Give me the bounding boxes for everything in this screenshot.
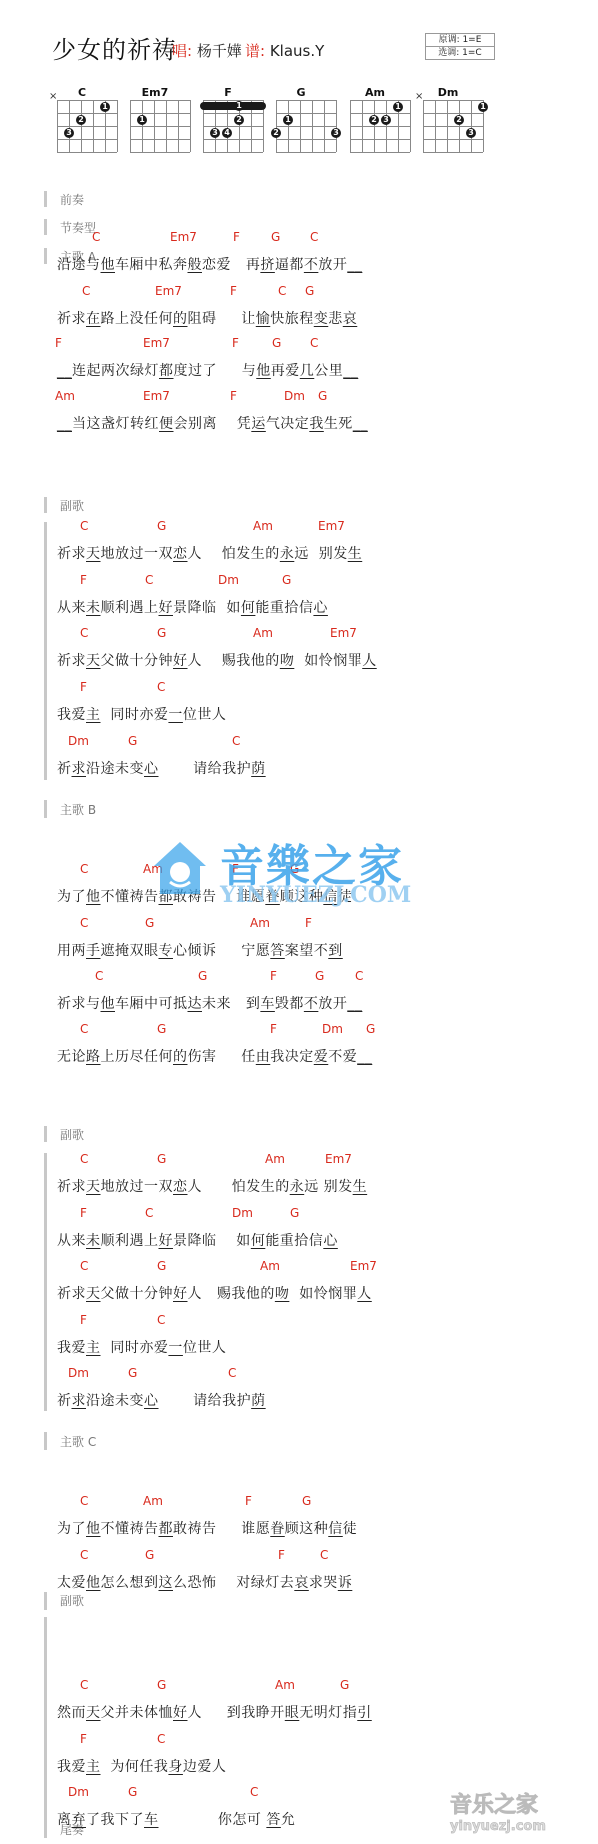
chord-label: F: [80, 1732, 87, 1746]
finger-dot: 3: [381, 115, 391, 125]
house-logo-icon: [150, 838, 210, 898]
chord-label: G: [302, 1494, 311, 1508]
chord-label: G: [157, 626, 166, 640]
chord-label: F: [230, 284, 237, 298]
lyric-line: 太爱他怎么想到这么恐怖 对绿灯去哀求哭诉: [57, 1572, 352, 1592]
chord-label: G: [290, 1206, 299, 1220]
chord-name: F: [193, 86, 263, 99]
chord-label: Dm: [284, 389, 305, 403]
watermark: 音樂之家 YINYUEZJ.COM: [150, 830, 410, 920]
chord-label: Dm: [218, 573, 239, 587]
lyric-line: 为了他不懂祷告都敢祷告 谁愿眷顾这种信徒: [57, 1518, 357, 1538]
finger-dot: 3: [331, 128, 341, 138]
section-bar: [44, 219, 47, 235]
chord-name: Em7: [120, 86, 190, 99]
finger-dot: 1: [393, 102, 403, 112]
chord-label: Dm: [232, 1206, 253, 1220]
singer-name: 杨千嬅: [197, 42, 242, 60]
chord-label: G: [128, 1785, 137, 1799]
watermark-url: YINYUEZJ.COM: [220, 882, 411, 908]
chord-label: G: [305, 284, 314, 298]
chord-label: C: [95, 969, 103, 983]
chord-label: G: [318, 389, 327, 403]
chord-label: Em7: [170, 230, 197, 244]
chord-label: G: [128, 734, 137, 748]
section-body-bar: [44, 1153, 47, 1411]
chord-label: G: [128, 1366, 137, 1380]
chord-name: Am: [340, 86, 410, 99]
chord-label: G: [340, 1678, 349, 1692]
section-bar: [44, 1432, 47, 1450]
key-info-box: 原调: 1=E 选调: 1=C: [425, 33, 495, 60]
chord-label: G: [157, 1022, 166, 1036]
finger-dot: 2: [76, 115, 86, 125]
chord-label: C: [250, 1785, 258, 1799]
chord-label: Am: [253, 519, 273, 533]
chord-label: Dm: [68, 734, 89, 748]
lyric-line: 用两手遮掩双眼专心倾诉 宁愿答案望不到: [57, 940, 343, 960]
lyric-line: 祈求天父做十分钟好人 赐我他的吻 如怜悯罪人: [57, 650, 377, 670]
fretboard-grid: 1: [130, 100, 190, 152]
lyric-line: __连起两次绿灯都度过了 与他再爱几公里__: [57, 360, 358, 380]
section-label-verse-b: 主歌 B: [60, 801, 96, 818]
chord-label: Am: [265, 1152, 285, 1166]
singer-info: 唱: 杨千嬅: [172, 40, 242, 61]
chord-label: C: [157, 1313, 165, 1327]
finger-dot: 2: [369, 115, 379, 125]
section-bar: [44, 497, 47, 513]
finger-dot: 3: [210, 128, 220, 138]
finger-dot: 2: [454, 115, 464, 125]
chord-name: G: [266, 86, 336, 99]
lyric-line: 祈求在路上没任何的阻碍 让愉快旅程变悲哀: [57, 308, 357, 328]
chord-label: G: [282, 573, 291, 587]
fretboard-grid: 123: [276, 100, 336, 152]
lyric-line: 祈求天地放过一双恋人 怕发生的永远 别发生: [57, 1176, 367, 1196]
finger-dot: 2: [234, 115, 244, 125]
lyric-line: 祈求天父做十分钟好人 赐我他的吻 如怜悯罪人: [57, 1283, 372, 1303]
chord-label: C: [320, 1548, 328, 1562]
chord-label: Am: [253, 626, 273, 640]
chord-diagrams: C×123Em71F1234G123Am123Dm×123: [0, 86, 598, 176]
chord-label: Em7: [350, 1259, 377, 1273]
chord-label: C: [92, 230, 100, 244]
fretboard-grid: 1234: [203, 100, 263, 152]
chord-label: Em7: [330, 626, 357, 640]
chord-label: C: [310, 336, 318, 350]
chord-label: Em7: [155, 284, 182, 298]
fretboard-grid: ×123: [423, 100, 483, 152]
finger-dot: 2: [271, 128, 281, 138]
chord-label: Em7: [318, 519, 345, 533]
section-label-chorus-1: 副歌: [60, 497, 84, 514]
chord-label: Am: [260, 1259, 280, 1273]
lyric-line: 我爱主 为何任我身边爱人: [57, 1756, 226, 1776]
fretboard-grid: ×123: [57, 100, 117, 152]
section-label-chorus-3: 副歌: [60, 1592, 84, 1609]
chord-label: Am: [143, 1494, 163, 1508]
section-bar: [44, 191, 47, 207]
section-body-bar: [44, 1617, 47, 1833]
chord-label: C: [80, 1494, 88, 1508]
chord-label: C: [80, 519, 88, 533]
mute-string-icon: ×: [415, 92, 423, 102]
finger-dot: 3: [466, 128, 476, 138]
chord-label: C: [355, 969, 363, 983]
chord-label: C: [157, 680, 165, 694]
fretboard-grid: 123: [350, 100, 410, 152]
song-title: 少女的祈祷: [52, 30, 177, 65]
chord-label: G: [157, 1259, 166, 1273]
mute-string-icon: ×: [49, 92, 57, 102]
chord-label: F: [270, 969, 277, 983]
chord-label: G: [157, 519, 166, 533]
singer-label: 唱:: [172, 42, 192, 60]
barre-icon: [200, 102, 266, 110]
lyric-line: 从来未顺利遇上好景降临 如何能重拾信心: [57, 1230, 338, 1250]
footer-watermark-text: 音乐之家: [450, 1788, 590, 1819]
chord-name: C: [47, 86, 117, 99]
chord-label: Em7: [325, 1152, 352, 1166]
lyric-line: 离弃了我下了车 你怎可 答允: [57, 1809, 295, 1829]
lyric-line: 然而天父并未体恤好人 到我睁开眼无明灯指引: [57, 1702, 372, 1722]
chord-label: G: [198, 969, 207, 983]
chord-label: C: [82, 284, 90, 298]
chord-label: C: [80, 1152, 88, 1166]
chord-label: C: [80, 916, 88, 930]
chord-label: Em7: [143, 336, 170, 350]
original-key: 原调: 1=E: [426, 34, 494, 46]
chord-label: C: [278, 284, 286, 298]
lyric-line: __当这盏灯转红便会别离 凭运气决定我生死__: [57, 413, 368, 433]
section-bar: [44, 1592, 47, 1610]
chord-label: Dm: [68, 1366, 89, 1380]
chord-label: F: [245, 1494, 252, 1508]
section-label-rhythm: 节奏型: [60, 219, 96, 236]
chord-label: F: [278, 1548, 285, 1562]
chord-label: G: [315, 969, 324, 983]
section-label-verse-c: 主歌 C: [60, 1433, 96, 1450]
selected-key: 选调: 1=C: [426, 46, 494, 59]
chord-label: F: [233, 230, 240, 244]
lyric-line: 沿途与他车厢中私奔般恋爱 再挤逼都不放开__: [57, 254, 362, 274]
chord-label: C: [228, 1366, 236, 1380]
section-bar: [44, 248, 47, 264]
arranger-label: 谱:: [245, 42, 265, 60]
section-bar: [44, 800, 47, 818]
footer-watermark-url: yinyuezj.com: [450, 1819, 590, 1834]
chord-label: C: [232, 734, 240, 748]
chord-label: C: [80, 1548, 88, 1562]
chord-label: Dm: [322, 1022, 343, 1036]
chord-label: F: [55, 336, 62, 350]
section-label-chorus-2: 副歌: [60, 1126, 84, 1143]
chord-label: C: [145, 1206, 153, 1220]
chord-label: F: [232, 336, 239, 350]
lyric-line: 我爱主 同时亦爱一位世人: [57, 704, 226, 724]
lyric-line: 无论路上历尽任何的伤害 任由我决定爱不爱__: [57, 1046, 372, 1066]
finger-dot: 3: [64, 128, 74, 138]
chord-label: F: [80, 573, 87, 587]
chord-label: G: [271, 230, 280, 244]
lyric-line: 祈求沿途未变心 请给我护荫: [57, 758, 266, 778]
lyric-line: 祈求天地放过一双恋人 怕发生的永远 别发生: [57, 543, 362, 563]
chord-label: G: [157, 1678, 166, 1692]
lyric-line: 祈求与他车厢中可抵达未来 到车毁都不放开__: [57, 993, 362, 1013]
chord-label: F: [80, 1313, 87, 1327]
chord-name: Dm: [413, 86, 483, 99]
section-label-intro: 前奏: [60, 191, 84, 208]
chord-label: C: [310, 230, 318, 244]
lyric-line: 祈求沿途未变心 请给我护荫: [57, 1390, 266, 1410]
finger-dot: 1: [283, 115, 293, 125]
chord-label: F: [230, 389, 237, 403]
chord-label: C: [80, 862, 88, 876]
chord-label: C: [80, 1259, 88, 1273]
chord-label: G: [272, 336, 281, 350]
chord-label: G: [157, 1152, 166, 1166]
chord-label: Dm: [68, 1785, 89, 1799]
chord-label: Am: [275, 1678, 295, 1692]
chord-label: F: [270, 1022, 277, 1036]
finger-dot: 1: [137, 115, 147, 125]
arranger-name: Klaus.Y: [270, 42, 324, 60]
chord-label: Em7: [143, 389, 170, 403]
chord-label: C: [80, 1022, 88, 1036]
chord-label: G: [145, 1548, 154, 1562]
chord-label: C: [80, 1678, 88, 1692]
arranger-info: 谱: Klaus.Y: [245, 40, 324, 61]
chord-label: Am: [55, 389, 75, 403]
chord-label: G: [366, 1022, 375, 1036]
chord-label: C: [157, 1732, 165, 1746]
finger-dot: 1: [100, 102, 110, 112]
section-body-bar: [44, 522, 47, 780]
finger-dot: 4: [222, 128, 232, 138]
chord-label: C: [145, 573, 153, 587]
chord-label: C: [80, 626, 88, 640]
footer-watermark: 音乐之家 yinyuezj.com: [450, 1788, 590, 1838]
section-bar: [44, 1820, 47, 1838]
chord-label: F: [80, 1206, 87, 1220]
chord-label: F: [80, 680, 87, 694]
section-bar: [44, 1126, 47, 1142]
lyric-line: 从来未顺利遇上好景降临 如何能重拾信心: [57, 597, 328, 617]
lyric-line: 我爱主 同时亦爱一位世人: [57, 1337, 226, 1357]
finger-dot: 1: [478, 102, 488, 112]
